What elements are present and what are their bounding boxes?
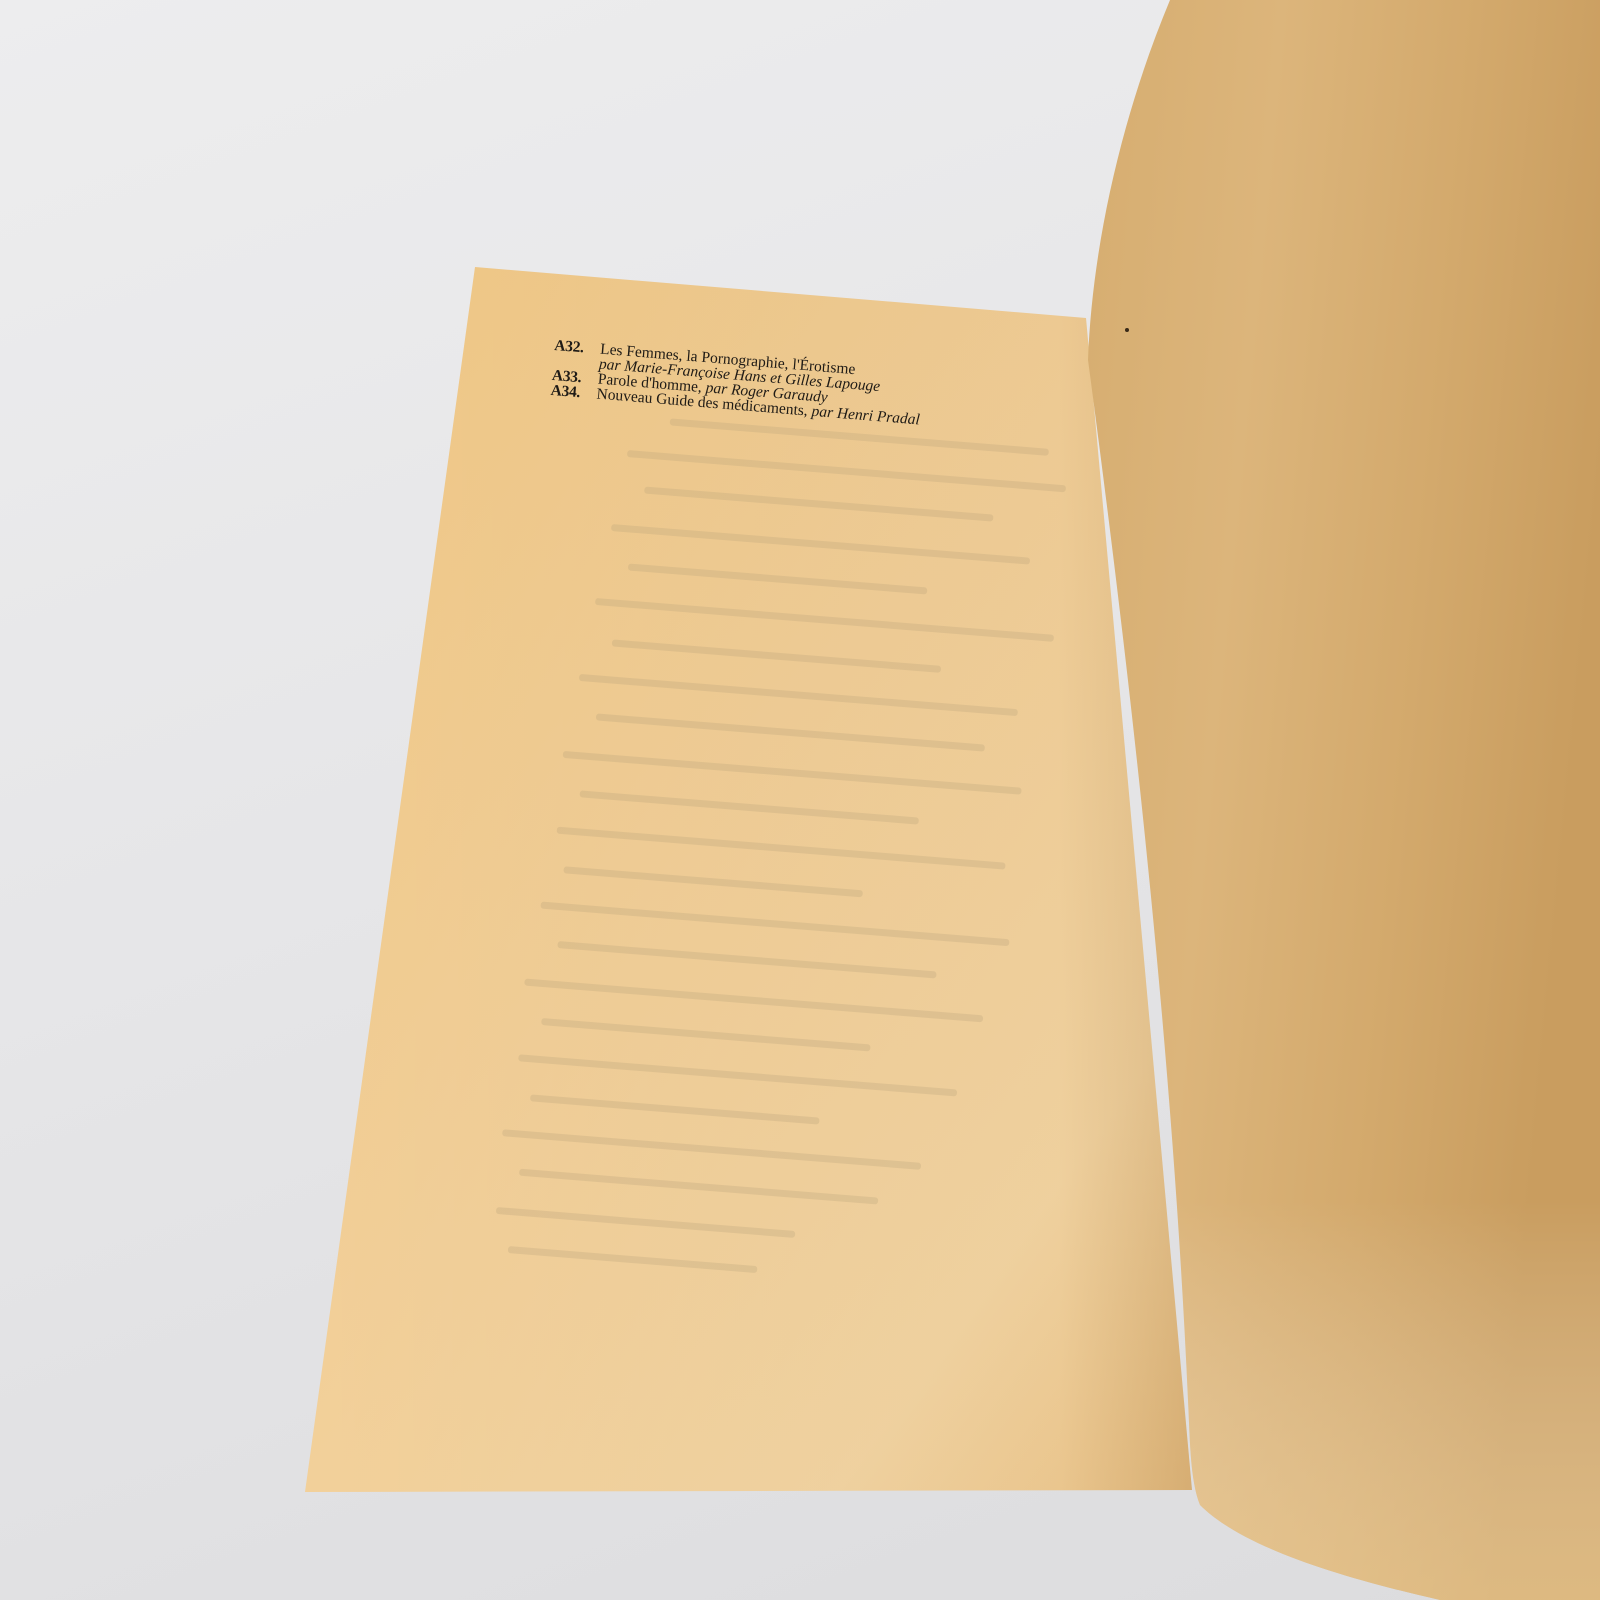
curled-book-page bbox=[0, 0, 1600, 1600]
entry-number: A32. bbox=[554, 338, 601, 357]
book-photo-scene: A32. Les Femmes, la Pornographie, l'Érot… bbox=[0, 0, 1600, 1600]
entry-number: A34. bbox=[550, 383, 597, 402]
